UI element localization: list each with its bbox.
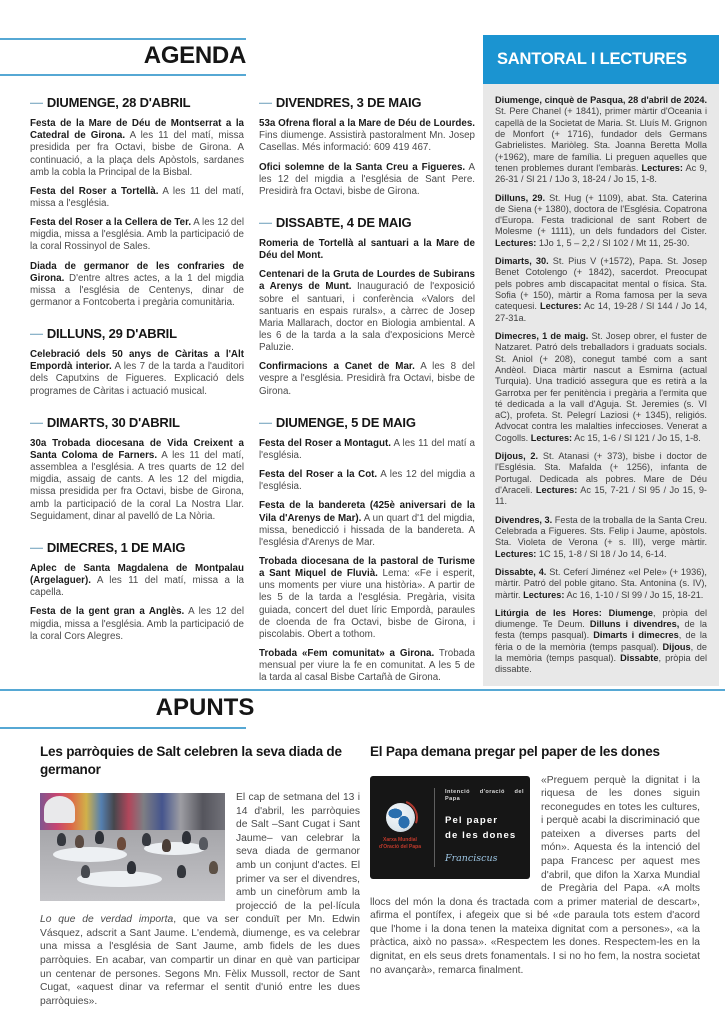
text: 1C 15, 1-8 / Sl 18 / Jo 14, 6-14. xyxy=(536,549,666,559)
day-dash-icon: — xyxy=(30,415,43,430)
agenda-title: AGENDA xyxy=(0,42,246,70)
card-kicker: Intenció d'oració del Papa xyxy=(445,789,524,804)
agenda-day-heading: —DIUMENGE, 5 DE MAIG xyxy=(259,415,475,431)
day-dash-icon: — xyxy=(30,326,43,341)
article-germanor: Les parròquies de Salt celebren la seva … xyxy=(40,743,360,1008)
bold-text: Festa del Roser a Tortellà. xyxy=(30,186,158,197)
text: 1Jo 1, 5 – 2,2 / Sl 102 / Mt 11, 25-30. xyxy=(536,238,689,248)
agenda-item: Trobada diocesana de la pastoral de Turi… xyxy=(259,556,475,641)
bold-text: Dissabte xyxy=(620,653,658,663)
agenda-day-heading: —DIUMENGE, 28 D'ABRIL xyxy=(30,95,244,111)
day-dash-icon: — xyxy=(30,540,43,555)
bold-text: 53a Ofrena floral a la Mare de Déu de Lo… xyxy=(259,118,475,129)
santoral-title: SANTORAL I LECTURES xyxy=(483,50,687,69)
bold-text: Festa del Roser a la Cellera de Ter. xyxy=(30,217,191,228)
bold-text: Lectures: xyxy=(531,433,572,443)
bold-text: Dijous xyxy=(663,642,691,652)
bold-text: Dijous, 2. xyxy=(495,451,538,461)
bold-text: Lectures: xyxy=(495,549,536,559)
agenda-item: Romeria de Tortellà al santuari a la Mar… xyxy=(259,238,475,262)
agenda-item: Celebració dels 50 anys de Càritas a l'A… xyxy=(30,349,244,398)
card-right-zone: Intenció d'oració del Papa Pel paper de … xyxy=(445,789,524,866)
bold-text: Confirmacions a Canet de Mar. xyxy=(259,361,415,372)
santoral-entry: Dilluns, 29. St. Hug (+ 1109), abat. Sta… xyxy=(495,193,707,250)
bold-text: Diumenge, cinquè de Pasqua, 28 d'abril d… xyxy=(495,95,707,105)
bold-text: Festa del Roser a la Cot. xyxy=(259,469,377,480)
photo-table xyxy=(77,871,162,887)
bold-text: Ofici solemne de la Santa Creu a Figuere… xyxy=(259,162,465,173)
bold-text: Lectures: xyxy=(495,238,536,248)
agenda-item: 30a Trobada diocesana de Vida Creixent a… xyxy=(30,438,244,523)
bold-text: Lectures: xyxy=(536,485,577,495)
photo-people xyxy=(57,833,66,846)
agenda-item: Ofici solemne de la Santa Creu a Figuere… xyxy=(259,162,475,198)
agenda-item: Centenari de la Gruta de Lourdes de Subi… xyxy=(259,269,475,354)
card-divider xyxy=(434,788,435,867)
santoral-header: SANTORAL I LECTURES xyxy=(483,35,719,84)
agenda-item: Festa de la gent gran a Anglès. A les 12… xyxy=(30,606,244,642)
agenda-day-heading: —DIVENDRES, 3 DE MAIG xyxy=(259,95,475,111)
agenda-item: Festa del Roser a la Cot. A les 12 del m… xyxy=(259,469,475,493)
article-body: Xarxa Mundial d'Oració del Papa Intenció… xyxy=(370,774,700,978)
day-dash-icon: — xyxy=(30,95,43,110)
photo-table xyxy=(144,842,205,855)
agenda-col-1: —DIUMENGE, 28 D'ABRILFesta de la Mare de… xyxy=(30,92,244,650)
bold-text: Lectures: xyxy=(642,163,683,173)
agenda-rule-top xyxy=(0,38,246,40)
bold-text: Romeria de Tortellà al santuari a la Mar… xyxy=(259,238,475,261)
bold-text: Divendres, 3. xyxy=(495,515,552,525)
text: St. Josep obrer, el fuster de Natzaret. … xyxy=(495,331,707,443)
agenda-day-heading: —DISSABTE, 4 DE MAIG xyxy=(259,215,475,231)
globe-ring-icon xyxy=(377,794,424,841)
bold-text: Trobada «Fem comunitat» a Girona. xyxy=(259,648,434,659)
article-title: Les parròquies de Salt celebren la seva … xyxy=(40,743,360,778)
text: Fins diumenge. Assistirà pastoralment Mn… xyxy=(259,130,475,153)
santoral-body: Diumenge, cinquè de Pasqua, 28 d'abril d… xyxy=(483,84,719,676)
agenda-item: Trobada «Fem comunitat» a Girona. Trobad… xyxy=(259,648,475,684)
bold-text: Lectures: xyxy=(523,590,564,600)
agenda-item: Festa de la bandereta (425è aniversari d… xyxy=(259,500,475,549)
globe-icon xyxy=(386,803,415,832)
agenda-rule-bottom xyxy=(0,74,246,76)
bold-text: Dilluns, 29. xyxy=(495,193,545,203)
santoral-entry: Divendres, 3. Festa de la troballa de la… xyxy=(495,515,707,560)
bold-text: Dissabte, 4. xyxy=(495,567,546,577)
italic-text: Lo que de verdad importa xyxy=(40,914,173,925)
photo-floor xyxy=(40,830,225,901)
text: , que va ser conduït per Mn. Edwin Vásqu… xyxy=(40,914,360,1006)
agenda-item: Diada de germanor de les confraries de G… xyxy=(30,261,244,310)
bold-text: Litúrgia de les Hores: Diumenge xyxy=(495,608,653,618)
santoral-entry: Litúrgia de les Hores: Diumenge, pròpia … xyxy=(495,608,707,676)
agenda-item: Festa del Roser a la Cellera de Ter. A l… xyxy=(30,217,244,253)
article-papa: El Papa demana pregar pel paper de les d… xyxy=(370,743,700,977)
card-title: Pel paper de les dones xyxy=(445,814,524,844)
bold-text: Dilluns i divendres, xyxy=(590,619,679,629)
text: El cap de setmana del 13 i 14 d'abril, l… xyxy=(236,792,360,912)
bold-text: Festa del Roser a Montagut. xyxy=(259,438,391,449)
bold-text: Lectures: xyxy=(540,301,581,311)
agenda-item: Festa del Roser a Montagut. A les 11 del… xyxy=(259,438,475,462)
santoral-entry: Dissabte, 4. St. Ceferí Jiménez «el Pele… xyxy=(495,567,707,601)
card-signature: Franciscus xyxy=(445,853,524,866)
bold-text: Dimecres, 1 de maig. xyxy=(495,331,588,341)
santoral-entry: Dijous, 2. St. Atanasi (+ 373), bisbe i … xyxy=(495,451,707,508)
agenda-day-heading: —DIMECRES, 1 DE MAIG xyxy=(30,540,244,556)
santoral-entry: Dimecres, 1 de maig. St. Josep obrer, el… xyxy=(495,331,707,444)
agenda-item: Aplec de Santa Magdalena de Montpalau (A… xyxy=(30,563,244,599)
papa-intention-card: Xarxa Mundial d'Oració del Papa Intenció… xyxy=(370,776,530,879)
apunts-rule-full xyxy=(0,689,725,691)
santoral-entry: Diumenge, cinquè de Pasqua, 28 d'abril d… xyxy=(495,95,707,186)
bulletin-page: AGENDA —DIUMENGE, 28 D'ABRILFesta de la … xyxy=(0,0,725,1024)
bold-text: Dimarts, 30. xyxy=(495,256,549,266)
agenda-item: Confirmacions a Canet de Mar. A les 8 de… xyxy=(259,361,475,397)
card-left-zone: Xarxa Mundial d'Oració del Papa xyxy=(370,776,430,879)
santoral-entry: Dimarts, 30. St. Pius V (+1572), Papa. S… xyxy=(495,256,707,324)
agenda-item: 53a Ofrena floral a la Mare de Déu de Lo… xyxy=(259,118,475,154)
day-dash-icon: — xyxy=(259,415,272,430)
text: Ac 16, 1-10 / Sl 99 / Jo 15, 18-21. xyxy=(564,590,703,600)
apunts-rule-small xyxy=(0,727,246,729)
day-dash-icon: — xyxy=(259,95,272,110)
day-dash-icon: — xyxy=(259,215,272,230)
agenda-col-2: —DIVENDRES, 3 DE MAIG53a Ofrena floral a… xyxy=(259,92,475,691)
santoral-section: SANTORAL I LECTURES Diumenge, cinquè de … xyxy=(483,35,719,686)
article-title: El Papa demana pregar pel paper de les d… xyxy=(370,743,700,761)
bold-text: Dimarts i dimecres xyxy=(593,630,678,640)
bold-text: Festa de la gent gran a Anglès. xyxy=(30,606,184,617)
apunts-title: APUNTS xyxy=(0,694,410,722)
agenda-day-heading: —DILLUNS, 29 D'ABRIL xyxy=(30,326,244,342)
agenda-item: Festa de la Mare de Déu de Montserrat a … xyxy=(30,118,244,179)
text: Ac 15, 1-6 / Sl 121 / Jo 15, 1-8. xyxy=(572,433,701,443)
article-body: El cap de setmana del 13 i 14 d'abril, l… xyxy=(40,791,360,1008)
agenda-item: Festa del Roser a Tortellà. A les 11 del… xyxy=(30,186,244,210)
agenda-day-heading: —DIMARTS, 30 D'ABRIL xyxy=(30,415,244,431)
germanor-photo xyxy=(40,793,225,901)
card-side-label: Xarxa Mundial d'Oració del Papa xyxy=(374,837,426,851)
photo-umbrella xyxy=(44,796,75,823)
